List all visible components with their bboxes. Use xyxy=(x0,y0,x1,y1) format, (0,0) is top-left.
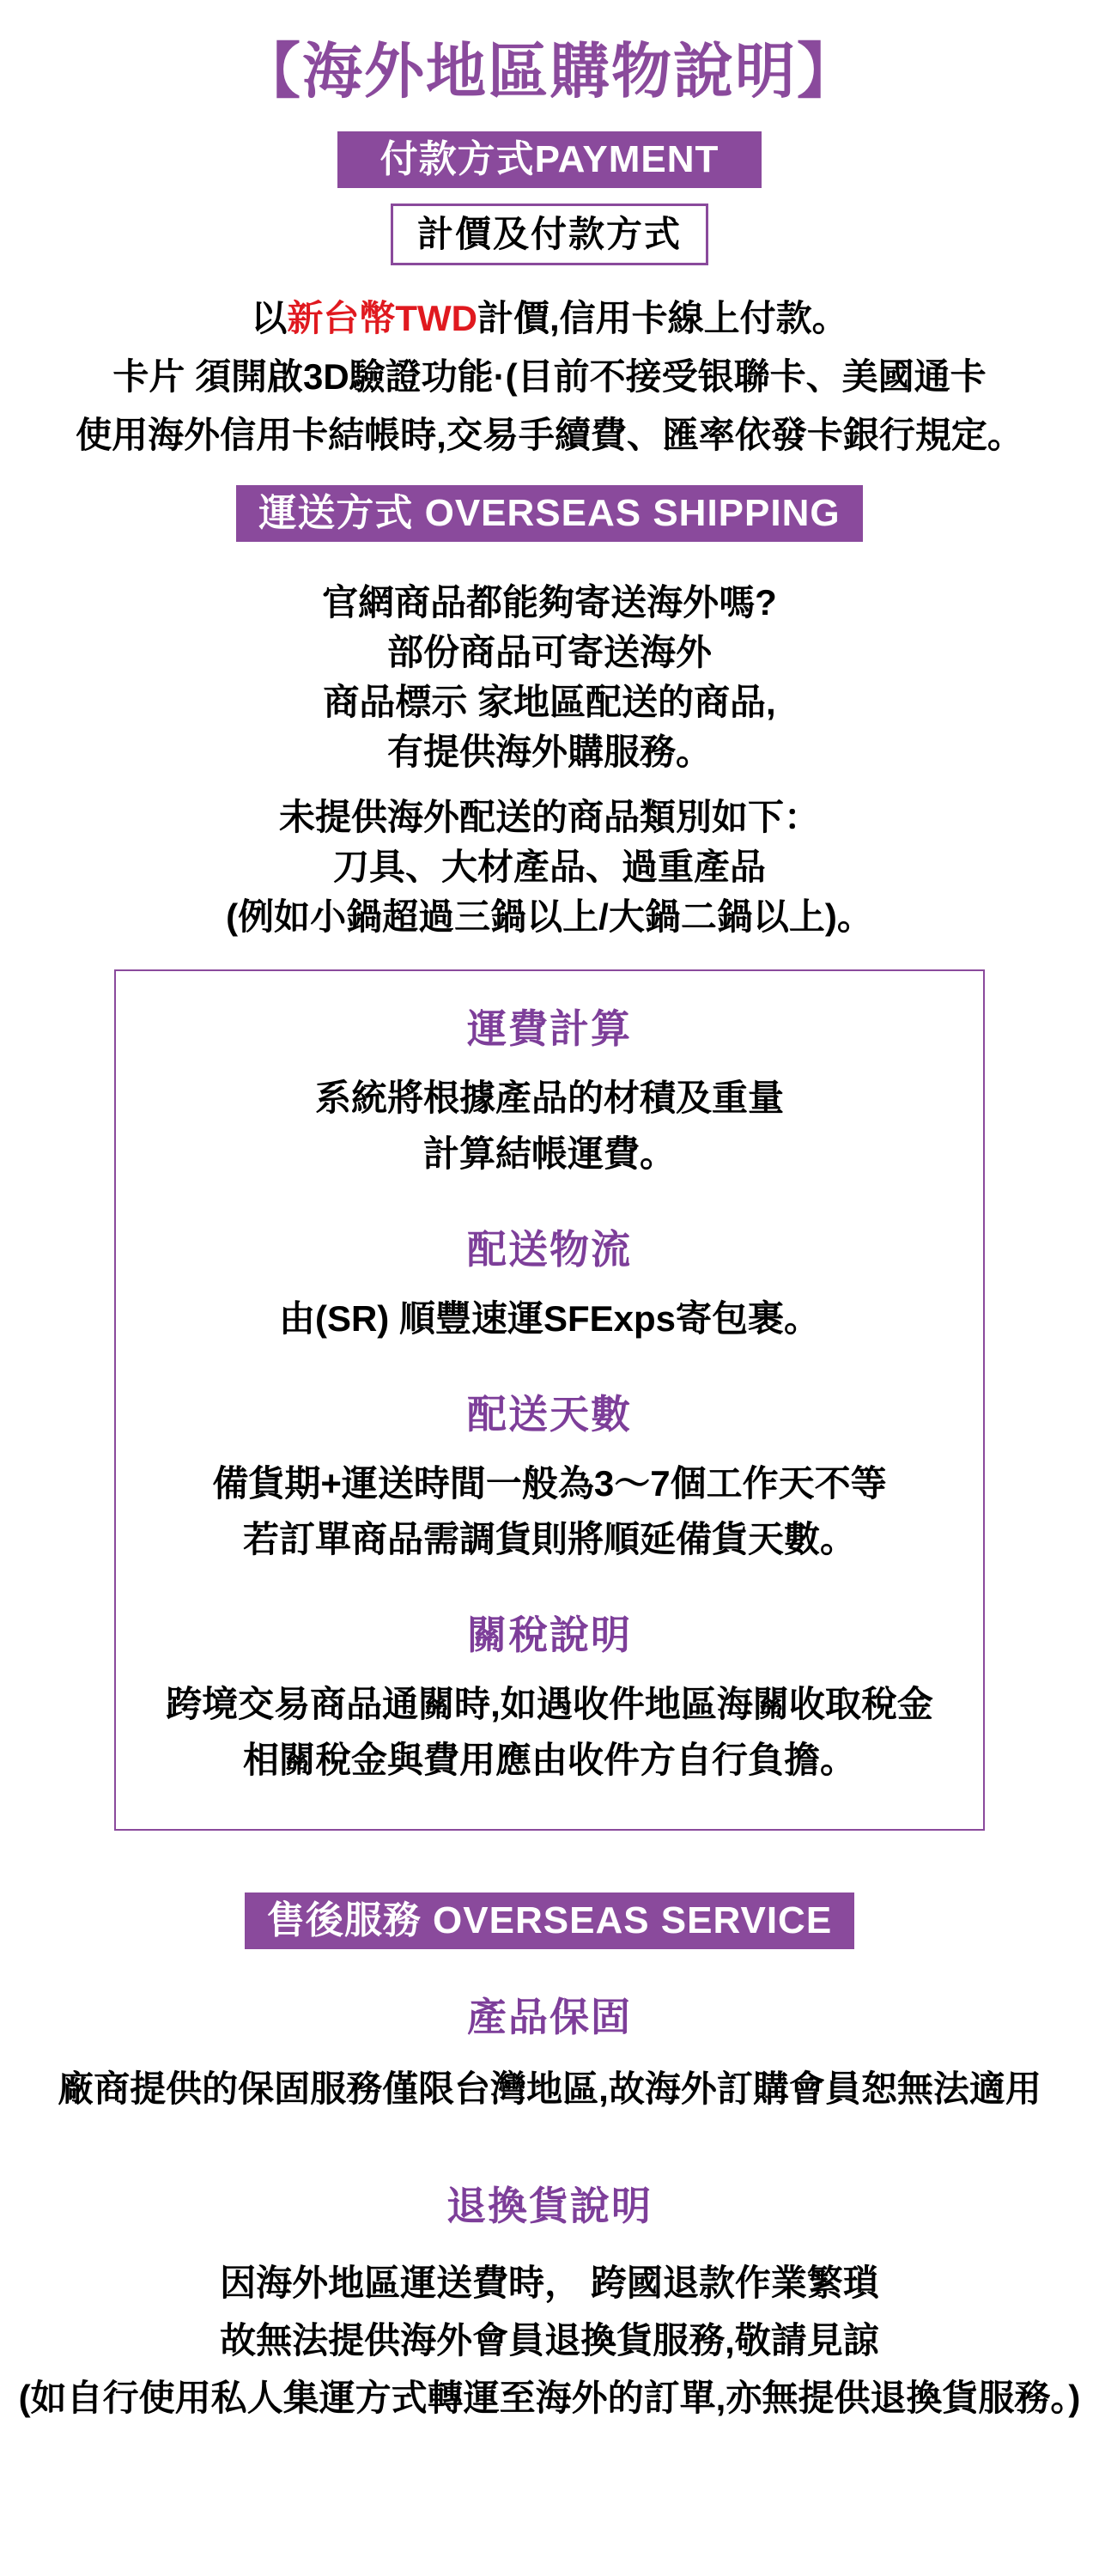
exclusions-line-3: (例如小鍋超過三鍋以上/大鍋二鍋以上)。 xyxy=(0,892,1099,942)
returns-line-3: (如自行使用私人集運方式轉運至海外的訂單,亦無提供退換貨服務。) xyxy=(0,2369,1099,2427)
shipping-line-1: 官網商品都能夠寄送海外嗎? xyxy=(0,578,1099,628)
overseas-shopping-notice: 【海外地區購物說明】 付款方式PAYMENT 計價及付款方式 以新台幣TWD計價… xyxy=(0,0,1099,2576)
freight-calc-heading: 運費計算 xyxy=(133,1005,966,1053)
page-title: 【海外地區購物說明】 xyxy=(0,33,1099,111)
returns-line-1: 因海外地區運送費時， 跨國退款作業繁瑣 xyxy=(0,2254,1099,2312)
warranty-heading: 產品保固 xyxy=(0,1994,1099,2041)
payment-paragraph: 以新台幣TWD計價,信用卡線上付款。 卡片 須開啟3D驗證功能·(目前不接受银聯… xyxy=(0,289,1099,465)
pricing-method-box: 計價及付款方式 xyxy=(391,204,708,265)
payment-section: 付款方式PAYMENT 計價及付款方式 以新台幣TWD計價,信用卡線上付款。 卡… xyxy=(0,111,1099,465)
freight-calc-line-1: 系統將根據產品的材積及重量 xyxy=(133,1070,966,1126)
shipping-line-3: 商品標示 家地區配送的商品, xyxy=(0,677,1099,727)
payment-banner: 付款方式PAYMENT xyxy=(337,131,762,188)
service-banner: 售後服務 OVERSEAS SERVICE xyxy=(245,1893,854,1949)
exclusions-line-1: 未提供海外配送的商品類別如下： xyxy=(0,793,1099,842)
returns-line-2: 故無法提供海外會員退換貨服務,敬請見諒 xyxy=(0,2312,1099,2369)
service-section: 售後服務 OVERSEAS SERVICE 產品保固 廠商提供的保固服務僅限台灣… xyxy=(0,1831,1099,2427)
twd-highlight: 新台幣TWD xyxy=(287,298,477,338)
returns-lines: 因海外地區運送費時， 跨國退款作業繁瑣 故無法提供海外會員退換貨服務,敬請見諒 … xyxy=(0,2254,1099,2427)
freight-calc-line-2: 計算結帳運費。 xyxy=(133,1126,966,1182)
customs-line-1: 跨境交易商品通關時,如遇收件地區海關收取稅金 xyxy=(133,1676,966,1732)
payment-line-2: 卡片 須開啟3D驗證功能·(目前不接受银聯卡、美國通卡 xyxy=(0,348,1099,406)
shipping-line-4: 有提供海外購服務。 xyxy=(0,727,1099,777)
shipping-exclusions-paragraph: 未提供海外配送的商品類別如下： 刀具、大材產品、過重產品 (例如小鍋超過三鍋以上… xyxy=(0,793,1099,942)
shipping-banner: 運送方式 OVERSEAS SHIPPING xyxy=(236,485,862,542)
exclusions-line-2: 刀具、大材產品、過重產品 xyxy=(0,842,1099,892)
shipping-line-2: 部份商品可寄送海外 xyxy=(0,628,1099,677)
logistics-line-1: 由(SR) 順豐速運SFExps寄包裹。 xyxy=(133,1291,966,1346)
customs-line-2: 相關稅金與費用應由收件方自行負擔。 xyxy=(133,1732,966,1788)
logistics-lines: 由(SR) 順豐速運SFExps寄包裹。 xyxy=(133,1291,966,1346)
warranty-line-1: 廠商提供的保固服務僅限台灣地區,故海外訂購會員恕無法適用 xyxy=(0,2060,1099,2117)
payment-line-1: 以新台幣TWD計價,信用卡線上付款。 xyxy=(0,289,1099,348)
shipping-section: 運送方式 OVERSEAS SHIPPING 官網商品都能夠寄送海外嗎? 部份商… xyxy=(0,465,1099,1831)
delivery-days-line-1: 備貨期+運送時間一般為3～7個工作天不等 xyxy=(133,1455,966,1511)
payment-line-1-prefix: 以 xyxy=(251,298,287,338)
payment-line-1-suffix: 計價,信用卡線上付款。 xyxy=(477,298,848,338)
shipping-info-box: 運費計算 系統將根據產品的材積及重量 計算結帳運費。 配送物流 由(SR) 順豐… xyxy=(114,969,985,1831)
shipping-availability-paragraph: 官網商品都能夠寄送海外嗎? 部份商品可寄送海外 商品標示 家地區配送的商品, 有… xyxy=(0,578,1099,777)
payment-line-3: 使用海外信用卡結帳時,交易手續費、匯率依發卡銀行規定。 xyxy=(0,406,1099,465)
delivery-days-heading: 配送天數 xyxy=(133,1391,966,1438)
customs-heading: 關稅說明 xyxy=(133,1612,966,1659)
returns-heading: 退換貨說明 xyxy=(0,2183,1099,2230)
warranty-lines: 廠商提供的保固服務僅限台灣地區,故海外訂購會員恕無法適用 xyxy=(0,2060,1099,2117)
customs-lines: 跨境交易商品通關時,如遇收件地區海關收取稅金 相關稅金與費用應由收件方自行負擔。 xyxy=(133,1676,966,1788)
logistics-heading: 配送物流 xyxy=(133,1226,966,1273)
freight-calc-lines: 系統將根據產品的材積及重量 計算結帳運費。 xyxy=(133,1070,966,1182)
delivery-days-line-2: 若訂單商品需調貨則將順延備貨天數。 xyxy=(133,1511,966,1567)
delivery-days-lines: 備貨期+運送時間一般為3～7個工作天不等 若訂單商品需調貨則將順延備貨天數。 xyxy=(133,1455,966,1567)
